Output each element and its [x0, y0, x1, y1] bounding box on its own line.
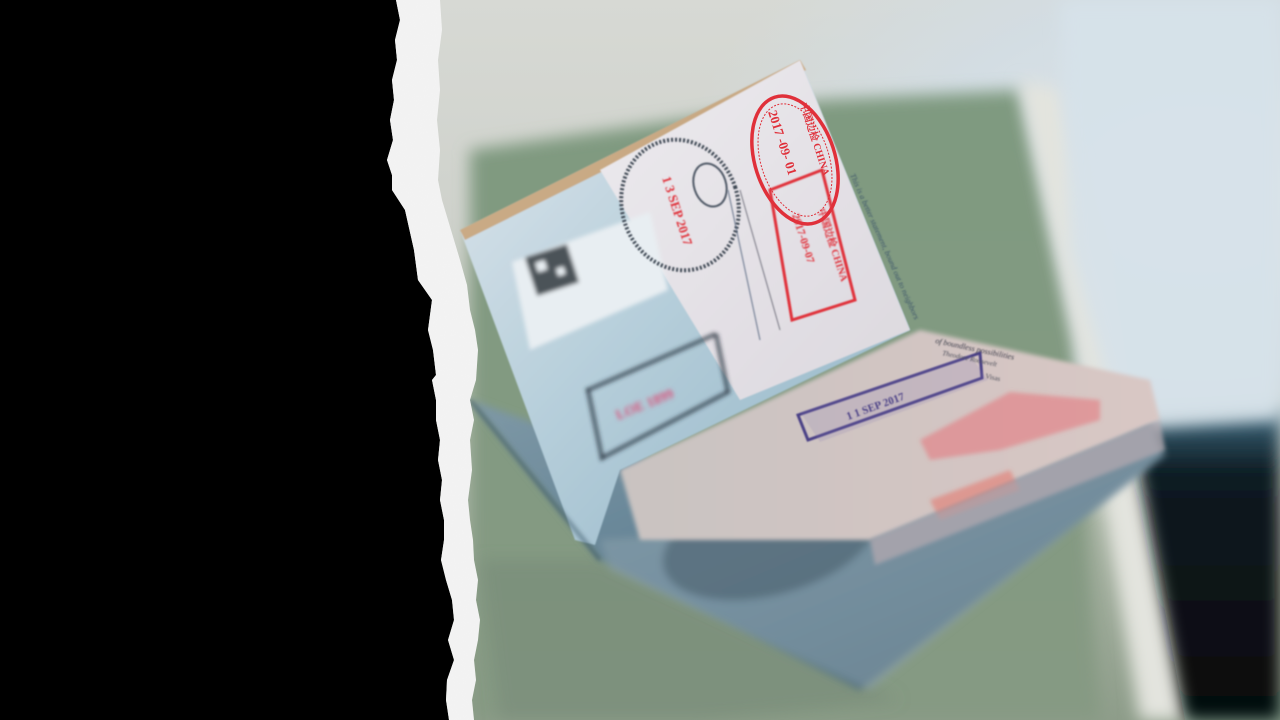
passport-scene: 1 3 SEP 2017 2017 -09- 01 中国边检 CHINA 201… — [0, 0, 1280, 720]
photo-details: 1 3 SEP 2017 2017 -09- 01 中国边检 CHINA 201… — [0, 0, 1280, 720]
black-panel — [0, 0, 454, 720]
